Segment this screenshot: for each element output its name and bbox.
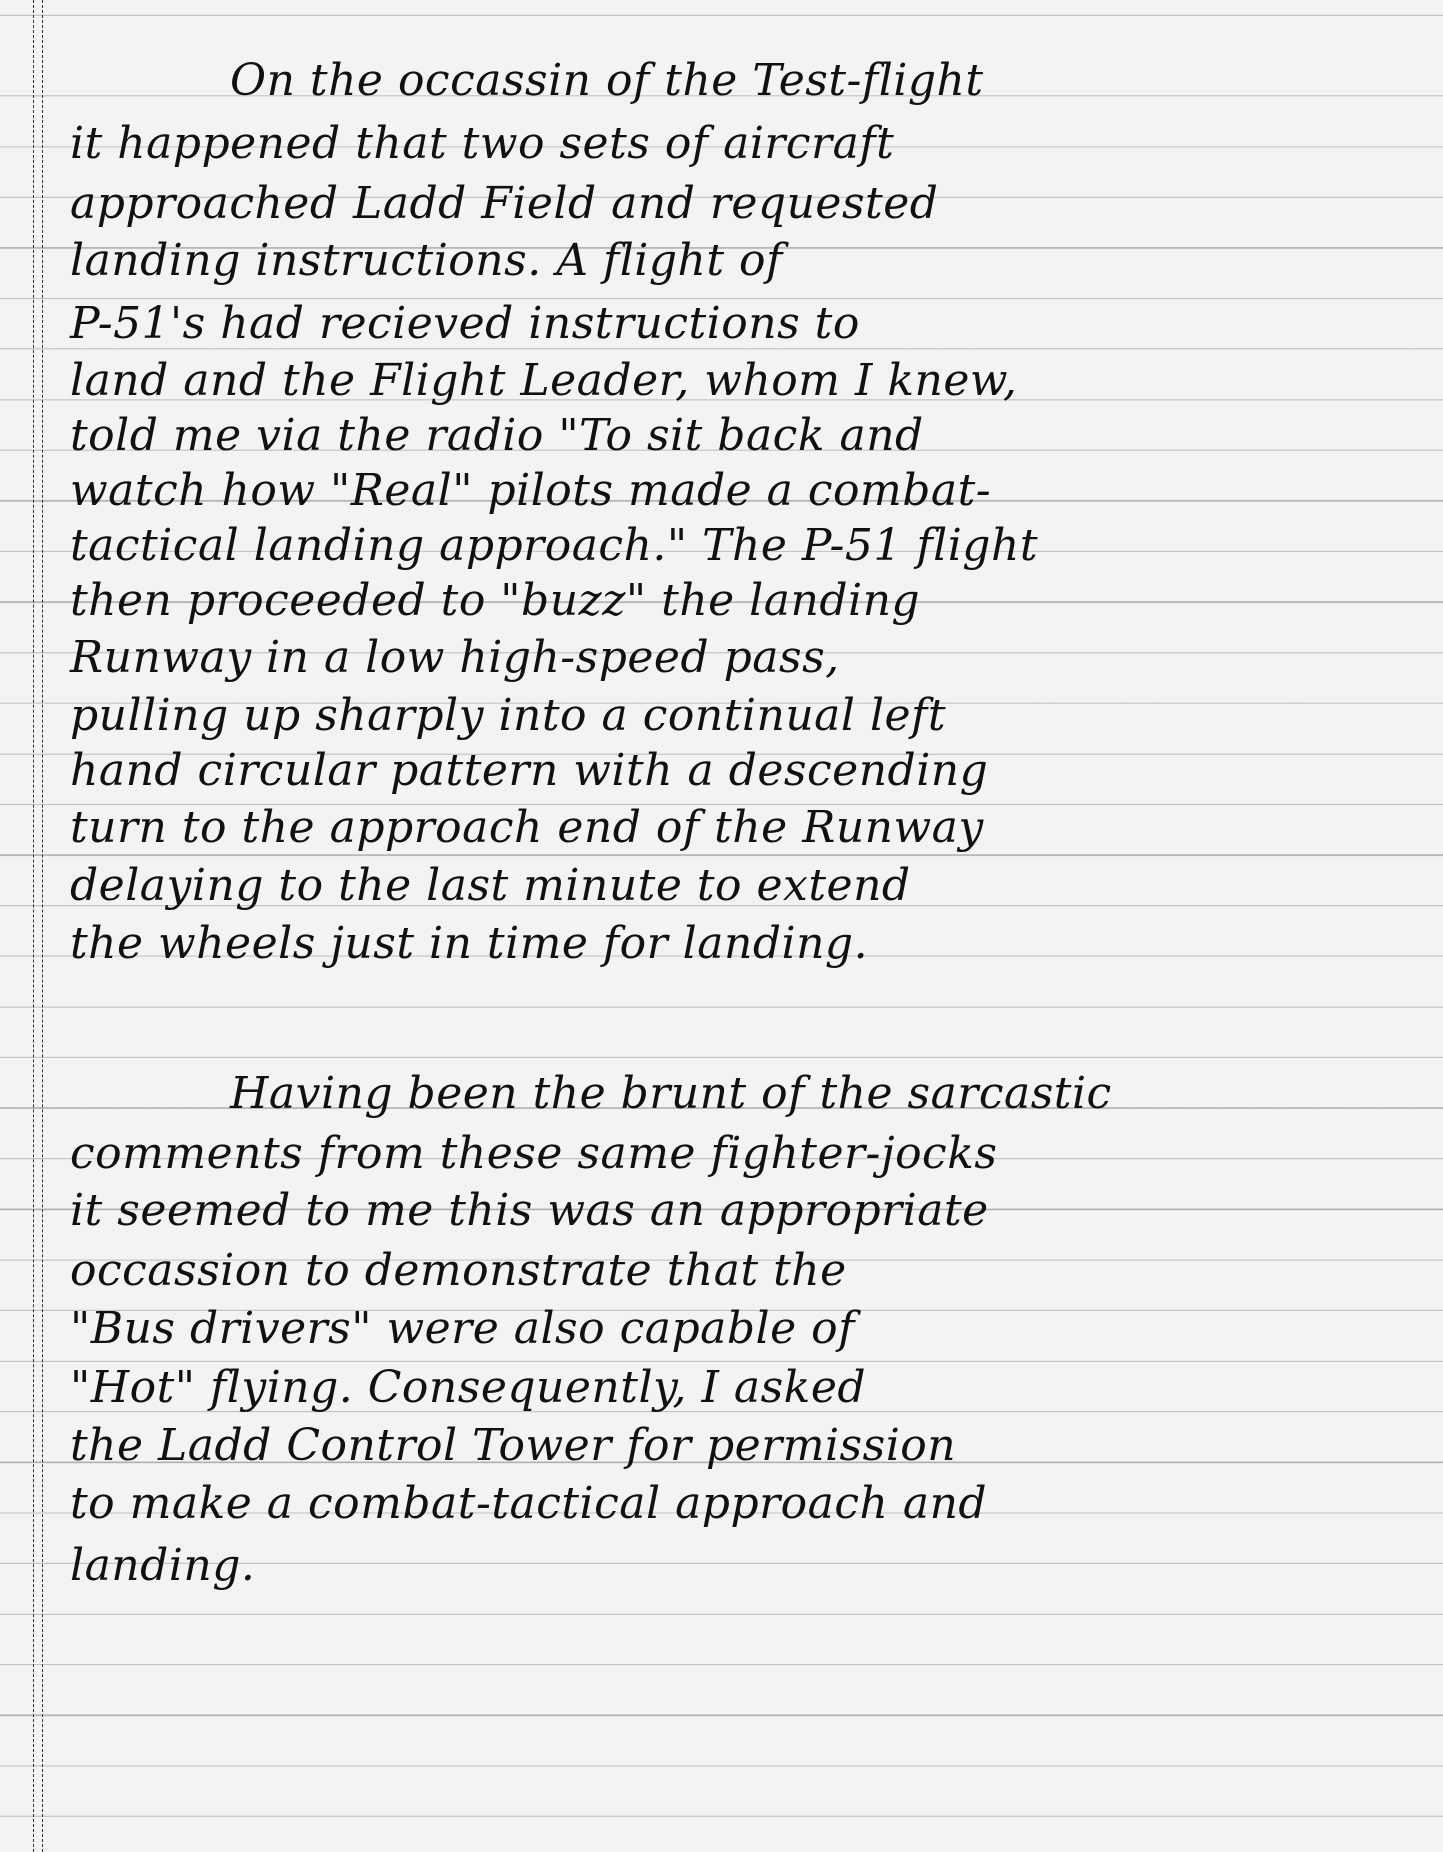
paragraph-1-line-3: approached Ladd Field and requested <box>70 178 938 229</box>
paragraph-2-line-7: the Ladd Control Tower for permission <box>70 1420 956 1471</box>
paragraph-1-line-11: Runway in a low high-speed pass, <box>70 632 840 683</box>
handwritten-text: On the occassin of the Test-flight it ha… <box>0 0 1443 1852</box>
paragraph-1-line-13: hand circular pattern with a descending <box>70 745 988 796</box>
paragraph-1-line-2: it happened that two sets of aircraft <box>70 118 894 169</box>
paragraph-2-line-9: landing. <box>70 1540 255 1591</box>
paragraph-2-line-2: comments from these same fighter-jocks <box>70 1128 997 1179</box>
paragraph-1-line-9: tactical landing approach." The P-51 fli… <box>70 520 1038 571</box>
paragraph-2-line-4: occassion to demonstrate that the <box>70 1245 847 1296</box>
paragraph-2-line-1: Having been the brunt of the sarcastic <box>230 1068 1112 1119</box>
paragraph-2-line-5: "Bus drivers" were also capable of <box>70 1303 855 1354</box>
paragraph-1-line-10: then proceeded to "buzz" the landing <box>70 575 920 626</box>
paragraph-2-line-3: it seemed to me this was an appropriate <box>70 1185 989 1236</box>
paragraph-1-line-7: told me via the radio "To sit back and <box>70 410 924 461</box>
paragraph-1-line-4: landing instructions. A flight of <box>70 235 783 286</box>
paragraph-1-line-14: turn to the approach end of the Runway <box>70 802 984 853</box>
paragraph-1-line-8: watch how "Real" pilots made a combat- <box>70 465 991 516</box>
paragraph-1-line-12: pulling up sharply into a continual left <box>70 690 946 741</box>
paragraph-2-line-6: "Hot" flying. Consequently, I asked <box>70 1362 866 1413</box>
paragraph-2-line-8: to make a combat-tactical approach and <box>70 1478 987 1529</box>
paragraph-1-line-5: P-51's had recieved instructions to <box>70 298 860 349</box>
paragraph-1-line-1: On the occassin of the Test-flight <box>230 55 984 106</box>
paragraph-1-line-6: land and the Flight Leader, whom I knew, <box>70 355 1017 406</box>
paragraph-1-line-16: the wheels just in time for landing. <box>70 918 868 969</box>
paragraph-1-line-15: delaying to the last minute to extend <box>70 860 911 911</box>
